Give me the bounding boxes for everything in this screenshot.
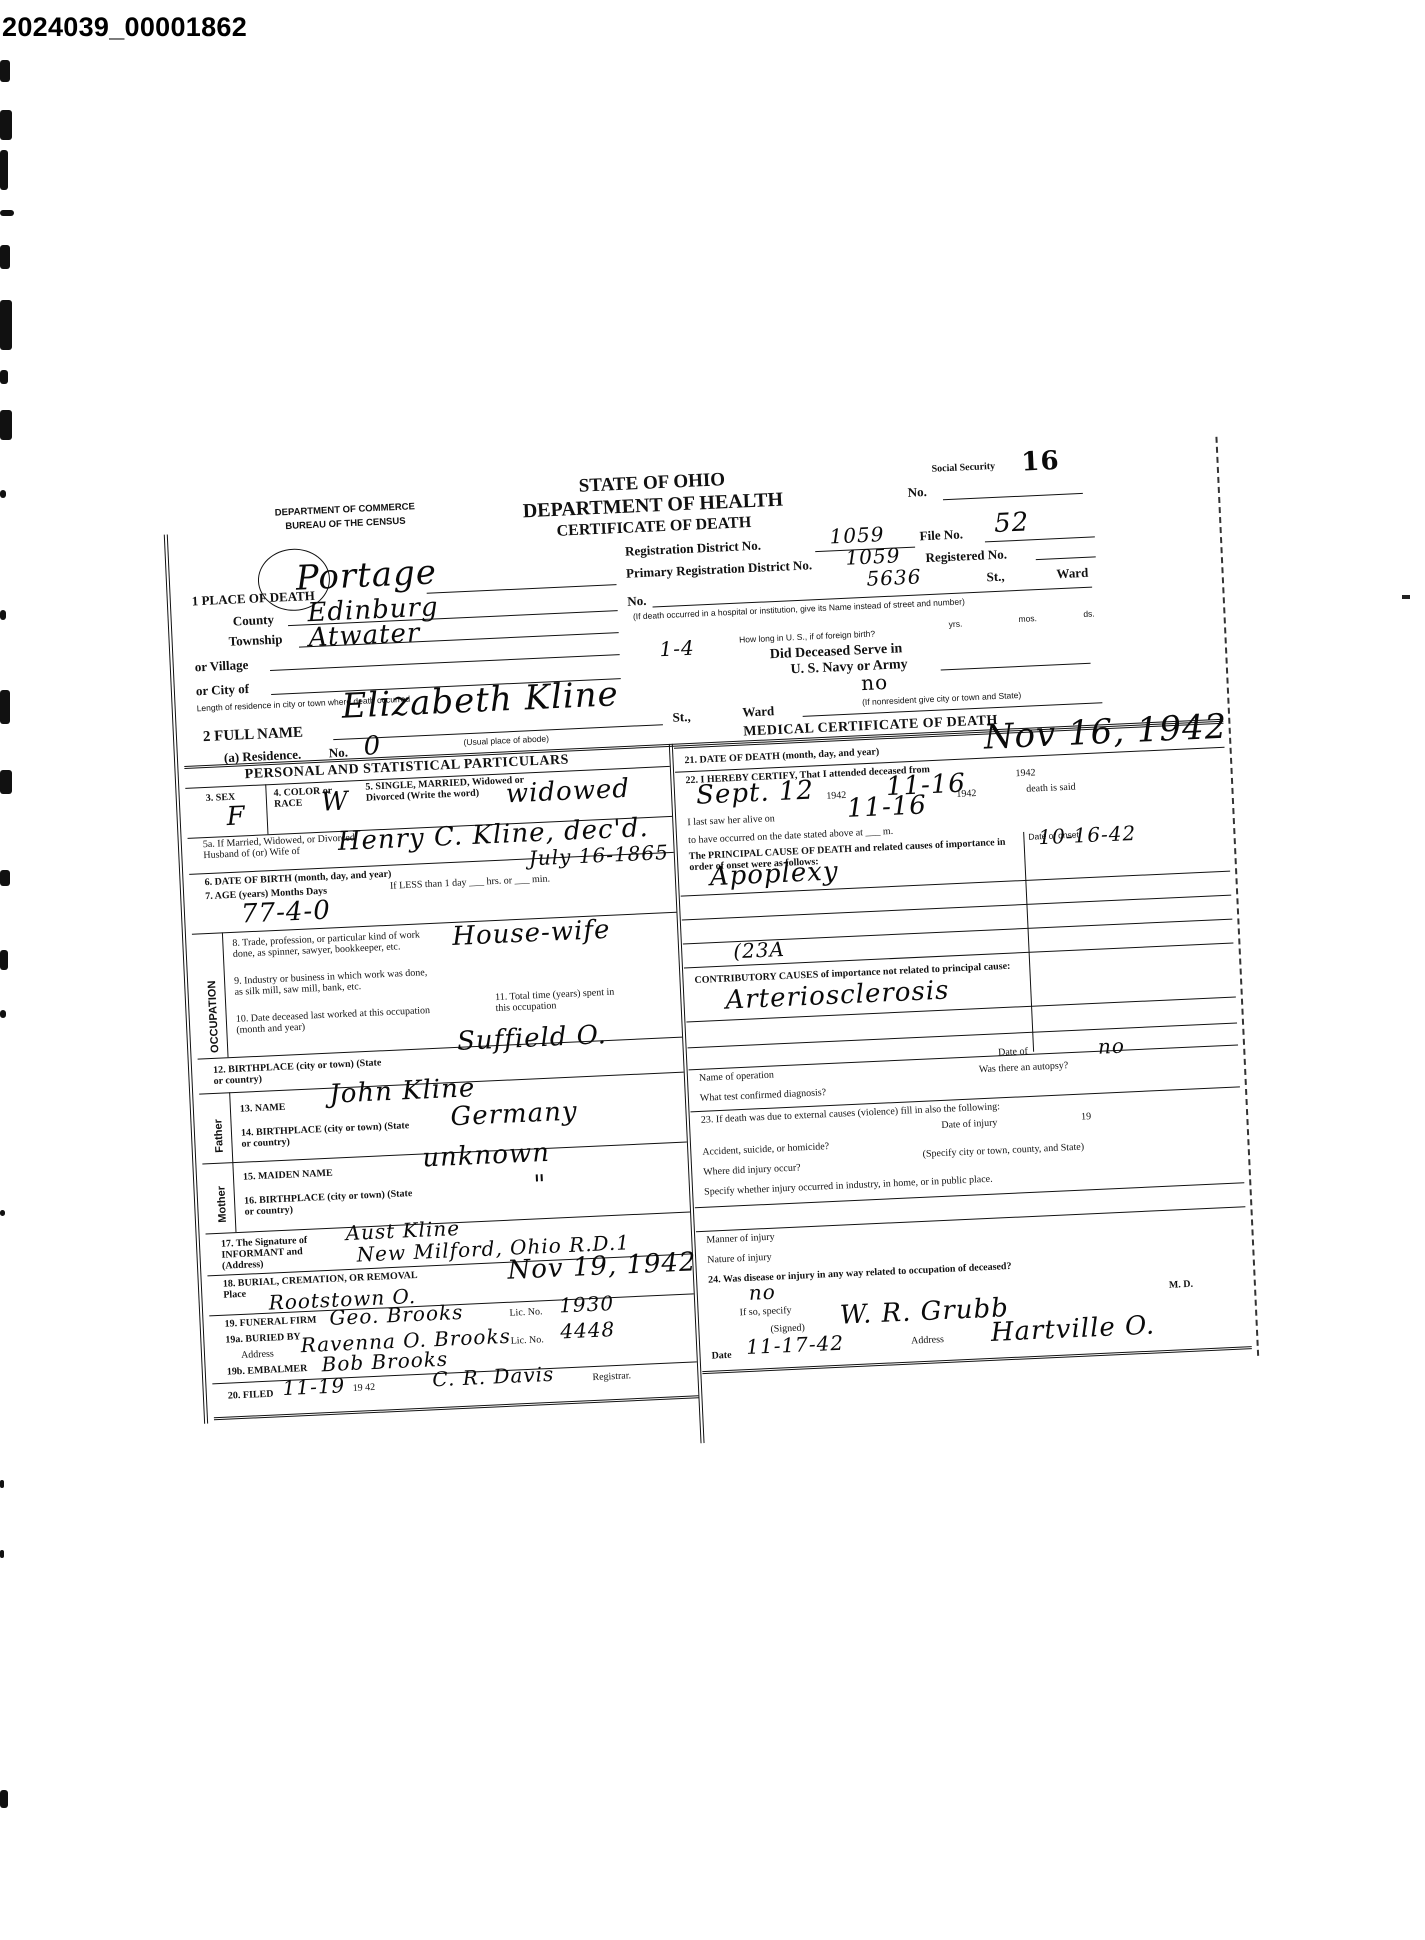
trade-value: House-wife	[452, 915, 611, 952]
funeral-firm-label: 19. FUNERAL FIRM	[224, 1315, 316, 1330]
primary-registration-value-2: 5636	[866, 564, 922, 590]
last-saw-label: I last saw her alive on	[687, 813, 775, 828]
village-value: Atwater	[308, 618, 421, 653]
city-label: or City of	[196, 681, 250, 699]
county-value: Portage	[295, 552, 438, 598]
attended-to-year: 1942	[1015, 767, 1035, 779]
date-value: 11-17-42	[746, 1331, 845, 1359]
funeral-firm-value: Geo. Brooks	[329, 1300, 464, 1330]
father-vertical-label: Father	[212, 1119, 226, 1153]
nature-label: Nature of injury	[707, 1252, 772, 1266]
accident-label: Accident, suicide, or homicide?	[702, 1141, 829, 1158]
registration-district-label: Registration District No.	[625, 538, 762, 560]
village-label: or Village	[194, 657, 248, 675]
funeral-lic-label: Lic. No.	[509, 1306, 543, 1318]
informant-label: 17. The Signature of INFORMANT and (Addr…	[221, 1233, 342, 1271]
registrar-value: C. R. Davis	[432, 1362, 555, 1392]
mother-birthplace-label: 16. BIRTHPLACE (city or town) (State or …	[244, 1188, 425, 1218]
date-label: Date	[711, 1350, 731, 1362]
ds-label: ds.	[1083, 609, 1095, 620]
marital-value: widowed	[505, 774, 630, 810]
age-value: 77-4-0	[240, 895, 331, 929]
document-id: 2024039_00001862	[2, 12, 247, 43]
buried-lic-label: Lic. No.	[510, 1334, 544, 1346]
mother-birthplace-value: "	[533, 1170, 547, 1201]
less-than-day-label: If LESS than 1 day ___ hrs. or ___ min.	[390, 873, 551, 891]
yrs-label: yrs.	[948, 619, 962, 630]
name-ward-label: Ward	[742, 703, 774, 720]
signed-value: W. R. Grubb	[839, 1293, 1009, 1331]
mother-vertical-label: Mother	[215, 1186, 229, 1223]
specify-whether: Specify whether injury occurred in indus…	[704, 1174, 993, 1198]
registered-no-label: Registered No.	[925, 546, 1007, 566]
injury-year-label: 19	[1081, 1111, 1091, 1122]
last-saw-value: 11-16	[846, 790, 927, 824]
filed-label: 20. FILED	[228, 1389, 274, 1402]
manner-label: Manner of injury	[706, 1232, 775, 1246]
ss-no-label: No.	[907, 484, 927, 501]
operation-label: Name of operation	[699, 1070, 774, 1084]
autopsy-value: no	[1097, 1034, 1125, 1059]
total-time-label: 11. Total time (years) spent in this occ…	[495, 987, 616, 1014]
form-right-border	[1215, 437, 1259, 1356]
color-value: W	[320, 787, 349, 818]
date-onset-value: 10-16-42	[1038, 821, 1137, 849]
autopsy-label: Was there an autopsy?	[979, 1060, 1069, 1075]
cause-code: (23A	[733, 937, 786, 963]
dob-value: July 16-1865	[528, 840, 669, 870]
trade-label: 8. Trade, profession, or particular kind…	[232, 929, 433, 960]
mother-maiden-label: 15. MAIDEN NAME	[243, 1168, 333, 1183]
test-label: What test confirmed diagnosis?	[700, 1087, 827, 1104]
father-name-label: 13. NAME	[240, 1102, 286, 1115]
father-birthplace-value: Germany	[450, 1096, 578, 1132]
sex-value: F	[226, 801, 246, 832]
file-no-value: 52	[993, 507, 1029, 539]
attended-from: Sept. 12	[695, 775, 814, 810]
occupation-vertical-label: OCCUPATION	[206, 980, 221, 1053]
usual-place-label: (Usual place of abode)	[463, 733, 549, 747]
date-of-label: Date of	[998, 1046, 1028, 1058]
principal-cause-value: Apoplexy	[709, 856, 839, 892]
social-security-value: 16	[1021, 446, 1061, 478]
name-st-label: St.,	[672, 709, 691, 726]
address-value-medical: Hartville O.	[990, 1311, 1156, 1348]
social-security-label: Social Security	[931, 461, 995, 475]
embalmer-value: Bob Brooks	[321, 1347, 449, 1377]
navy-value: no	[861, 670, 889, 695]
mother-maiden-value: unknown	[422, 1138, 551, 1174]
last-saw-year: 1942	[956, 788, 976, 800]
township-label: Township	[228, 631, 282, 649]
where-label: Where did injury occur?	[703, 1162, 801, 1177]
if-so-label: If so, specify	[739, 1305, 791, 1318]
funeral-lic-value: 1930	[559, 1291, 615, 1317]
birthplace-value: Suffield O.	[456, 1020, 607, 1057]
full-name-value: Elizabeth Kline	[341, 674, 620, 727]
father-birthplace-label: 14. BIRTHPLACE (city or town) (State or …	[241, 1120, 422, 1150]
last-worked-label: 10. Date deceased last worked at this oc…	[236, 1005, 437, 1036]
primary-registration-label: Primary Registration District No.	[626, 557, 813, 581]
buried-by-label: 19a. BURIED BY	[225, 1331, 301, 1345]
full-name-label: 2 FULL NAME	[203, 725, 304, 747]
buried-lic-value: 4448	[560, 1317, 616, 1343]
residence-years-value: 1-4	[659, 636, 695, 662]
injury-date-label: Date of injury	[941, 1117, 998, 1131]
filed-value: 11-19	[282, 1373, 346, 1400]
industry-label: 9. Industry or business in which work wa…	[234, 967, 435, 998]
file-no-label: File No.	[919, 526, 963, 544]
address-label-medical: Address	[911, 1334, 944, 1346]
ward-label: Ward	[1056, 565, 1088, 582]
md-label: M. D.	[1169, 1279, 1194, 1291]
death-said-label: death is said	[1026, 782, 1076, 795]
us-label: How long in U. S., if of foreign birth?	[739, 628, 875, 644]
registrar-label: Registrar.	[592, 1370, 631, 1383]
st-label: St.,	[986, 569, 1005, 586]
dod-value: Nov 16, 1942	[983, 707, 1228, 758]
mos-label: mos.	[1018, 613, 1037, 624]
specify-location: (Specify city or town, county, and State…	[922, 1142, 1084, 1160]
scan-artifact	[1402, 595, 1410, 599]
scan-margin-artifacts	[0, 50, 14, 1830]
county-label: County	[232, 612, 274, 630]
filed-year: 19 42	[352, 1382, 375, 1394]
death-certificate: STATE OF OHIO DEPARTMENT OF HEALTH CERTI…	[172, 447, 1263, 1533]
address-label: Address	[241, 1349, 274, 1361]
attended-from-year: 1942	[826, 790, 846, 802]
occupation-related-value: no	[748, 1280, 776, 1305]
street-no-label: No.	[627, 593, 647, 610]
